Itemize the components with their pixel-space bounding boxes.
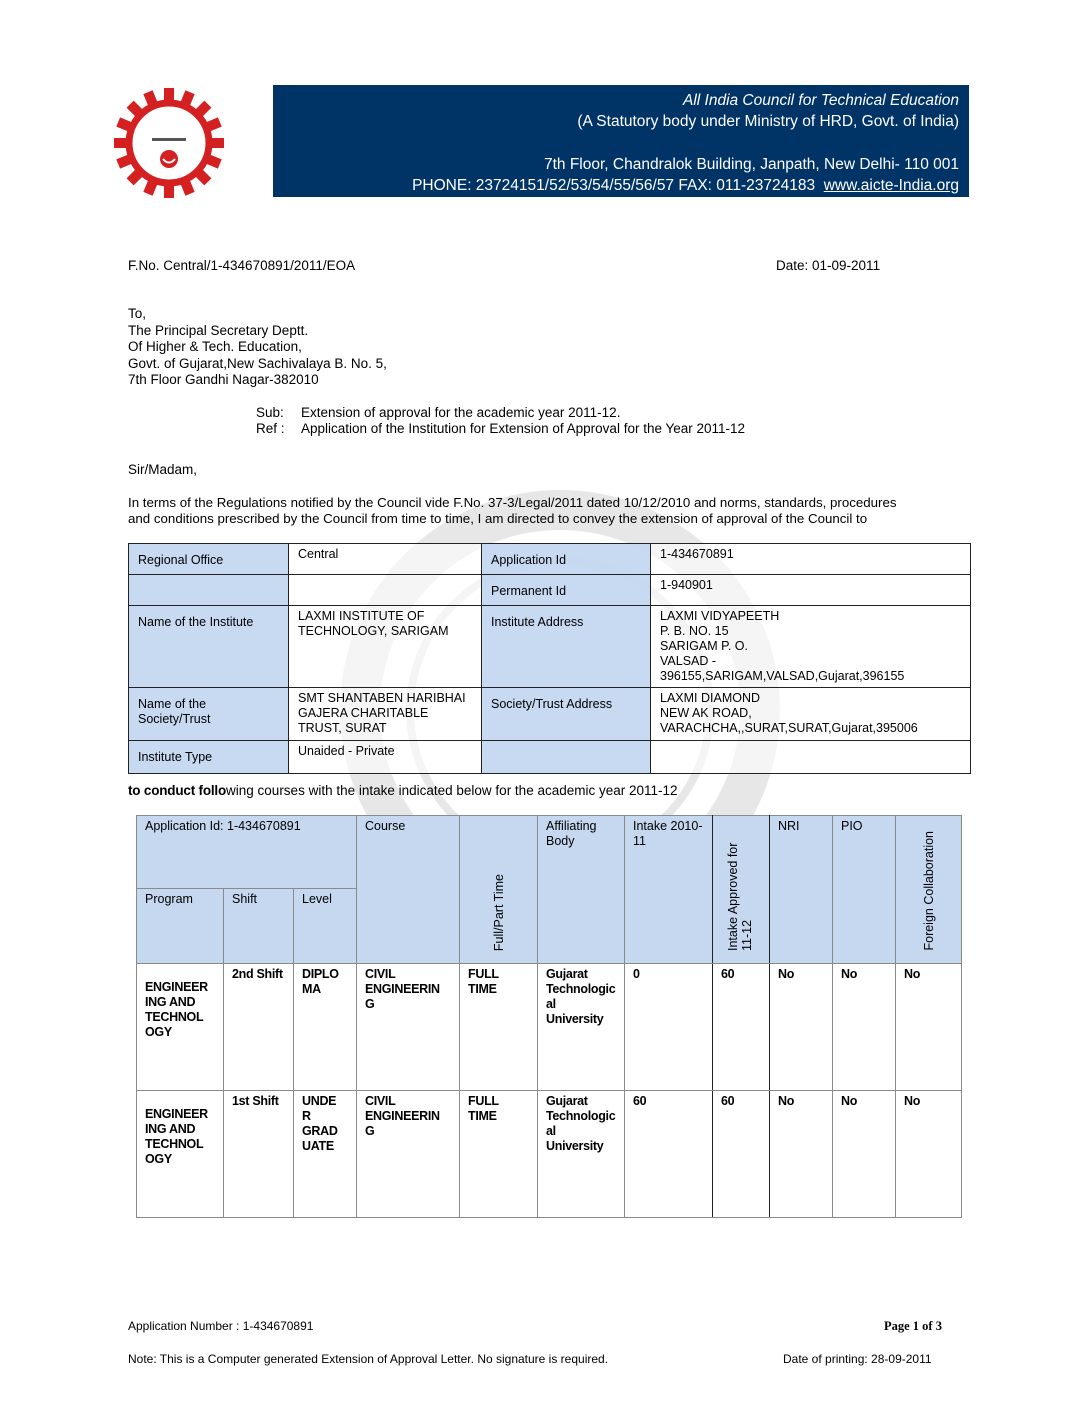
empty-label-cell (129, 575, 289, 606)
cell-level: UNDE R GRAD UATE (294, 1091, 357, 1218)
conduct-line: to conduct following courses with the in… (128, 783, 678, 800)
table-row: ENGINEER ING AND TECHNOL OGY 2nd Shift D… (137, 964, 962, 1091)
cell-nri: No (770, 1091, 833, 1218)
cell-shift: 1st Shift (224, 1091, 294, 1218)
addressee-line: 7th Floor Gandhi Nagar-382010 (128, 372, 387, 389)
society-address-label: Society/Trust Address (482, 688, 651, 741)
body-line-2: and conditions prescribed by the Council… (128, 511, 867, 528)
cell-pio: No (833, 1091, 896, 1218)
address-line: LAXMI DIAMOND (660, 691, 961, 706)
application-id-label: Application Id (482, 544, 651, 575)
institute-address-value: LAXMI VIDYAPEETH P. B. NO. 15 SARIGAM P.… (651, 606, 971, 688)
addressee-line: Govt. of Gujarat,New Sachivalaya B. No. … (128, 356, 387, 373)
footer-application-number: Application Number : 1-434670891 (128, 1318, 313, 1335)
institute-address-label: Institute Address (482, 606, 651, 688)
addressee-block: To, The Principal Secretary Deptt. Of Hi… (128, 306, 387, 389)
phone-fax: PHONE: 23724151/52/53/54/55/56/57 FAX: 0… (412, 177, 815, 194)
header-intake-approved: Intake Approved for 11-12 (713, 816, 770, 964)
header-intake-prev: Intake 2010-11 (625, 816, 713, 964)
cell-foreign-collab: No (896, 964, 962, 1091)
file-number: F.No. Central/1-434670891/2011/EOA (128, 258, 355, 275)
subject-text: Extension of approval for the academic y… (301, 405, 620, 422)
ref-text: Application of the Institution for Exten… (301, 421, 745, 438)
print-date: Date of printing: 28-09-2011 (783, 1351, 932, 1368)
cell-level: DIPLO MA (294, 964, 357, 1091)
cell-pio: No (833, 964, 896, 1091)
cell-course: CIVIL ENGINEERIN G (357, 1091, 460, 1218)
header-foreign-collab-text: Foreign Collaboration (922, 831, 936, 951)
empty-value-cell (651, 741, 971, 774)
header-shift: Shift (224, 889, 294, 964)
institute-name-label: Name of the Institute (129, 606, 289, 688)
cell-program: ENGINEER ING AND TECHNOL OGY (137, 1091, 224, 1218)
org-address: 7th Floor, Chandralok Building, Janpath,… (283, 154, 959, 175)
body-line-1: In terms of the Regulations notified by … (128, 495, 897, 512)
society-address-value: LAXMI DIAMOND NEW AK ROAD, VARACHCHA,,SU… (651, 688, 971, 741)
empty-label-cell (482, 741, 651, 774)
header-foreign-collab: Foreign Collaboration (896, 816, 962, 964)
body-emphasis: ds, procedures (809, 495, 897, 510)
address-line: LAXMI VIDYAPEETH (660, 609, 961, 624)
cell-foreign-collab: No (896, 1091, 962, 1218)
application-id-value: 1-434670891 (651, 544, 971, 575)
address-line: P. B. NO. 15 (660, 624, 961, 639)
cell-course: CIVIL ENGINEERIN G (357, 964, 460, 1091)
society-name-label: Name of the Society/Trust (129, 688, 289, 741)
regional-office-label: Regional Office (129, 544, 289, 575)
org-name: All India Council for Technical Educatio… (283, 90, 959, 111)
society-name-value: SMT SHANTABEN HARIBHAI GAJERA CHARITABLE… (289, 688, 482, 741)
body-text: Regulations notified by the Council vide… (213, 495, 809, 510)
aicte-logo-icon (112, 86, 226, 200)
regional-office-value: Central (289, 544, 482, 575)
addressee-line: Of Higher & Tech. Education, (128, 339, 387, 356)
letter-date: Date: 01-09-2011 (776, 258, 880, 275)
addressee-line: To, (128, 306, 387, 323)
cell-shift: 2nd Shift (224, 964, 294, 1091)
permanent-id-value: 1-940901 (651, 575, 971, 606)
body-text: prescribed by the Council from time to t… (214, 511, 808, 526)
header-full-part-time-text: Full/Part Time (492, 874, 506, 951)
address-line: VALSAD - (660, 654, 961, 669)
course-intake-table: Application Id: 1-434670891 Course Full/… (136, 815, 962, 1218)
page-number: Page 1 of 3 (884, 1318, 942, 1335)
header-level: Level (294, 889, 357, 964)
table-row: ENGINEER ING AND TECHNOL OGY 1st Shift U… (137, 1091, 962, 1218)
salutation: Sir/Madam, (128, 462, 197, 479)
header-course: Course (357, 816, 460, 964)
body-emphasis: Council to (808, 511, 867, 526)
footer-note: Note: This is a Computer generated Exten… (128, 1351, 608, 1368)
cell-full-part-time: FULL TIME (460, 964, 538, 1091)
cell-intake-prev: 60 (625, 1091, 713, 1218)
cell-intake-prev: 0 (625, 964, 713, 1091)
cell-intake-approved: 60 (713, 964, 770, 1091)
cell-nri: No (770, 964, 833, 1091)
header-full-part-time: Full/Part Time (460, 816, 538, 964)
cell-intake-approved: 60 (713, 1091, 770, 1218)
header-pio: PIO (833, 816, 896, 964)
cell-affiliating-body: Gujarat Technologic al University (538, 964, 625, 1091)
header-banner: All India Council for Technical Educatio… (273, 85, 969, 197)
ref-label: Ref : (256, 421, 285, 438)
body-emphasis: and conditions (128, 511, 214, 526)
address-line: 396155,SARIGAM,VALSAD,Gujarat,396155 (660, 669, 961, 684)
cell-program: ENGINEER ING AND TECHNOL OGY (137, 964, 224, 1091)
cell-program-text: ENGINEER ING AND TECHNOL OGY (145, 1107, 208, 1166)
conduct-emphasis: to conduct follo (128, 783, 226, 798)
institute-name-value: LAXMI INSTITUTE OF TECHNOLOGY, SARIGAM (289, 606, 482, 688)
org-subtitle: (A Statutory body under Ministry of HRD,… (283, 111, 959, 132)
cell-affiliating-body: Gujarat Technologic al University (538, 1091, 625, 1218)
header-nri: NRI (770, 816, 833, 964)
header-application-id: Application Id: 1-434670891 (137, 816, 357, 889)
conduct-text: wing courses with the intake indicated b… (226, 783, 678, 798)
header-program: Program (137, 889, 224, 964)
institute-type-value: Unaided - Private (289, 741, 482, 774)
empty-value-cell (289, 575, 482, 606)
permanent-id-label: Permanent Id (482, 575, 651, 606)
address-line: SARIGAM P. O. (660, 639, 961, 654)
cell-program-text: ENGINEER ING AND TECHNOL OGY (145, 980, 208, 1039)
header-affiliating-body: Affiliating Body (538, 816, 625, 964)
address-line: NEW AK ROAD, (660, 706, 961, 721)
addressee-line: The Principal Secretary Deptt. (128, 323, 387, 340)
institute-info-table: Regional Office Central Application Id 1… (128, 543, 971, 774)
subject-label: Sub: (256, 405, 284, 422)
cell-full-part-time: FULL TIME (460, 1091, 538, 1218)
address-line: VARACHCHA,,SURAT,SURAT,Gujarat,395006 (660, 721, 961, 736)
website-link[interactable]: www.aicte-India.org (824, 177, 959, 194)
body-emphasis: In terms of the (128, 495, 213, 510)
institute-type-label: Institute Type (129, 741, 289, 774)
header-intake-approved-text: Intake Approved for 11-12 (726, 831, 756, 951)
